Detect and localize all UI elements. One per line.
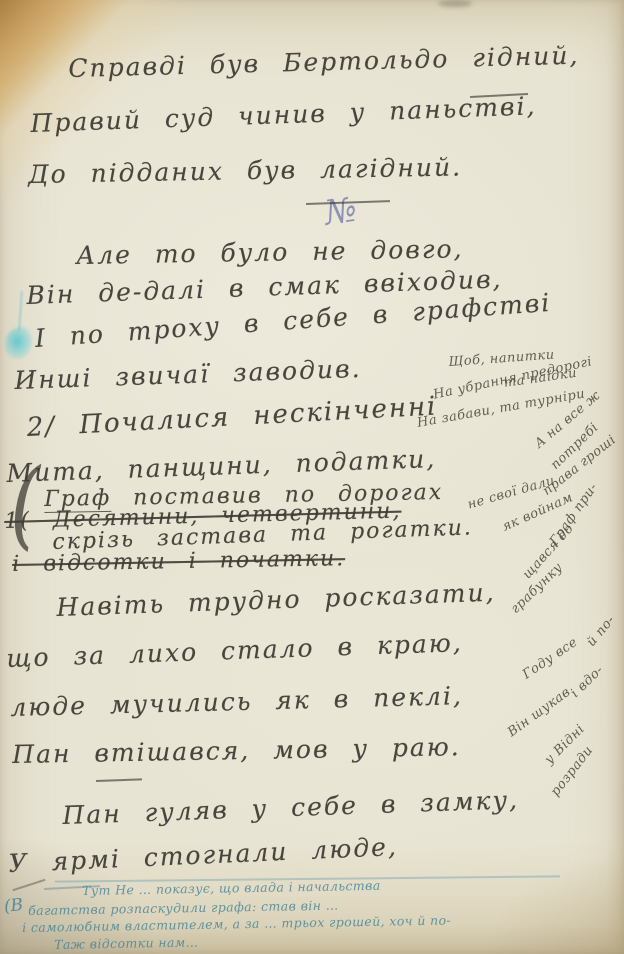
nb-mark: №	[322, 190, 359, 234]
verse-line: У ярмі стогнали люде,	[8, 832, 398, 878]
ink-smudge	[438, 0, 472, 7]
margin-note: й по-	[584, 613, 618, 650]
verse-line: До підданих був лагідний.	[28, 152, 462, 189]
cyan-stain	[5, 327, 32, 359]
manuscript-page: Справді був Бертольдо гідний, Правий суд…	[0, 0, 624, 954]
pencil-dash	[13, 879, 46, 891]
verse-line: Правий суд чинив у паньстві,	[30, 91, 537, 138]
page-edge-shading	[606, 0, 624, 954]
verse-line: що за лихо стало в краю,	[6, 628, 463, 673]
verse-line: Але то було не довго,	[76, 234, 464, 270]
bottom-annotation-line: Таж відсотки нам…	[54, 934, 199, 952]
corner-shadow-bottom-right	[484, 854, 624, 954]
bottom-note-mark: (В	[3, 895, 24, 917]
verse-line: люде мучились як в пеклі,	[10, 681, 463, 722]
edit-bracket: (	[10, 456, 40, 552]
verse-line: Навіть трудно росказати,	[56, 578, 496, 622]
margin-note: і вдо-	[568, 663, 607, 701]
cyan-stain-streak	[18, 291, 24, 331]
underline-mark	[96, 778, 142, 781]
margin-note: Він шукав	[505, 685, 574, 741]
verse-line: 2/ Почалися нескінченні	[26, 391, 438, 442]
verse-line: Справді був Бертольдо гідний,	[68, 41, 580, 83]
verse-line: Пан втішався, мов у раю.	[12, 732, 461, 769]
verse-line: Пан гуляв у себе в замку,	[62, 785, 519, 830]
verse-line: Инші звичаї заводив.	[14, 354, 362, 395]
margin-note: Году все	[520, 635, 581, 683]
verse-line-struck: і відсотки і початки.	[12, 546, 345, 577]
